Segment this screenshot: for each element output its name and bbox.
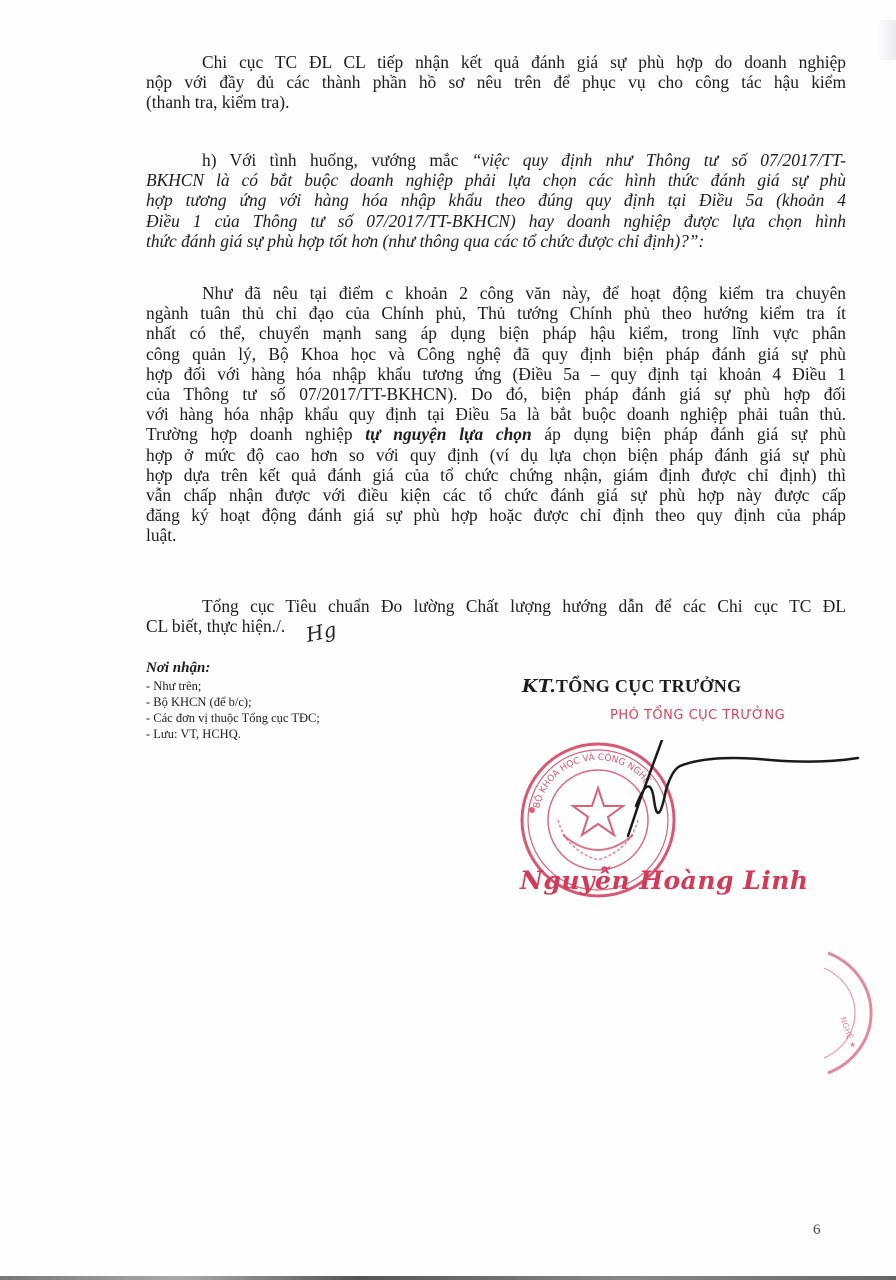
lead-text: h) Với tình huống, vướng mắc bbox=[202, 150, 472, 170]
text-line: hợp tương ứng với hàng hóa nhập khẩu the… bbox=[146, 190, 846, 210]
text-line: Tổng cục Tiêu chuẩn Đo lường Chất lượng … bbox=[146, 596, 846, 616]
text-line: hợp ở mức độ cao hơn so với quy định (ví… bbox=[146, 445, 846, 465]
text-line: nhất có thể, chuyển mạnh sang áp dụng bi… bbox=[146, 323, 846, 343]
text-fragment: Trường hợp doanh nghiệp bbox=[146, 424, 365, 444]
text-line: với hàng hóa nhập khẩu quy định tại Điều… bbox=[146, 404, 846, 424]
quoted-text: “việc quy định như Thông tư số 07/2017/T… bbox=[472, 150, 846, 170]
text-line: vẫn chấp nhận được với điều kiện các tổ … bbox=[146, 485, 846, 505]
scan-shadow bbox=[878, 20, 896, 60]
signatory-title-text: TỔNG CỤC TRƯỞNG bbox=[556, 676, 742, 696]
recipients-title: Nơi nhận: bbox=[146, 660, 320, 677]
closing-paragraph: Tổng cục Tiêu chuẩn Đo lường Chất lượng … bbox=[146, 596, 846, 636]
signatory-title: KT.TỔNG CỤC TRƯỞNG bbox=[522, 676, 741, 697]
recipient-item: - Như trên; bbox=[146, 678, 320, 694]
text-line: của Thông tư số 07/2017/TT-BKHCN). Do đó… bbox=[146, 384, 846, 404]
text-line: ngành tuân thủ chỉ đạo của Chính phủ, Th… bbox=[146, 303, 846, 323]
text-line: Như đã nêu tại điểm c khoản 2 công văn n… bbox=[146, 283, 846, 303]
text-line: luật. bbox=[146, 525, 846, 545]
scan-edge bbox=[0, 1276, 896, 1280]
text-line: h) Với tình huống, vướng mắc “việc quy đ… bbox=[146, 150, 846, 170]
paragraph-1: Chi cục TC ĐL CL tiếp nhận kết quả đánh … bbox=[146, 52, 846, 113]
recipient-item: - Các đơn vị thuộc Tổng cục TĐC; bbox=[146, 710, 320, 726]
text-line: Trường hợp doanh nghiệp tự nguyện lựa ch… bbox=[146, 424, 846, 444]
handwritten-signature-icon bbox=[600, 740, 860, 880]
recipients-block: Nơi nhận: - Như trên; - Bộ KHCN (để b/c)… bbox=[146, 660, 320, 742]
paragraph-3: Như đã nêu tại điểm c khoản 2 công văn n… bbox=[146, 283, 846, 546]
paragraph-h: h) Với tình huống, vướng mắc “việc quy đ… bbox=[146, 150, 846, 251]
text-line: Chi cục TC ĐL CL tiếp nhận kết quả đánh … bbox=[146, 52, 846, 72]
text-line: đăng ký hoạt động đánh giá sự phù hợp ho… bbox=[146, 505, 846, 525]
text-line: (thanh tra, kiểm tra). bbox=[146, 92, 846, 112]
text-fragment: áp dụng biện pháp đánh giá sự phù bbox=[532, 424, 846, 444]
text-line: công quản lý, Bộ Khoa học và Công nghệ đ… bbox=[146, 344, 846, 364]
text-line: hợp dựa trên kết quả đánh giá của tổ chứ… bbox=[146, 465, 846, 485]
emphasis-text: tự nguyện lựa chọn bbox=[365, 424, 531, 444]
partial-seal-icon: NGHỆ ★ bbox=[818, 948, 896, 1078]
document-page: Chi cục TC ĐL CL tiếp nhận kết quả đánh … bbox=[0, 0, 896, 1280]
recipient-item: - Lưu: VT, HCHQ. bbox=[146, 726, 320, 742]
text-line: CL biết, thực hiện./. bbox=[146, 616, 846, 636]
kt-mark: KT. bbox=[522, 676, 556, 697]
text-line: Điều 1 của Thông tư số 07/2017/TT-BKHCN)… bbox=[146, 211, 846, 231]
deputy-title-stamp: PHÓ TỔNG CỤC TRƯỞNG bbox=[610, 708, 785, 723]
recipient-item: - Bộ KHCN (để b/c); bbox=[146, 694, 320, 710]
text-line: BKHCN là có bắt buộc doanh nghiệp phải l… bbox=[146, 170, 846, 190]
text-line: nộp với đầy đủ các thành phần hồ sơ nêu … bbox=[146, 72, 846, 92]
handwritten-initials: Hg bbox=[304, 617, 339, 647]
page-number: 6 bbox=[813, 1222, 821, 1239]
signer-name: Nguyễn Hoàng Linh bbox=[520, 866, 809, 895]
text-line: hợp đối với hàng hóa nhập khẩu tương ứng… bbox=[146, 364, 846, 384]
text-line: thức đánh giá sự phù hợp tốt hơn (như th… bbox=[146, 231, 846, 251]
svg-text:NGHỆ ★: NGHỆ ★ bbox=[837, 1015, 860, 1050]
